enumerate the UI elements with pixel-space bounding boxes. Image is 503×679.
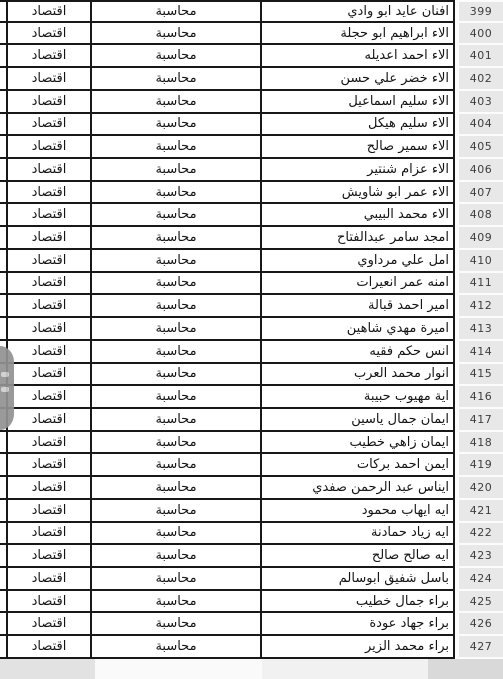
clipped-edge-cell bbox=[0, 636, 8, 659]
app-background-strip bbox=[0, 659, 503, 679]
cell-student-name[interactable]: باسل شفيق ابوسالم bbox=[262, 568, 455, 591]
cell-economics[interactable]: اقتصاد bbox=[8, 386, 92, 409]
cell-student-name[interactable]: امجد سامر عبدالفتاح bbox=[262, 227, 455, 250]
table-row: اقتصاد محاسبة ايه صالح صالح 423 bbox=[0, 545, 503, 568]
cell-accounting[interactable]: محاسبة bbox=[92, 23, 262, 46]
cell-economics[interactable]: اقتصاد bbox=[8, 273, 92, 296]
cell-student-name[interactable]: الاء عمر ابو شاويش bbox=[262, 182, 455, 205]
cell-accounting[interactable]: محاسبة bbox=[92, 454, 262, 477]
cell-accounting[interactable]: محاسبة bbox=[92, 636, 262, 659]
clipped-edge-cell bbox=[0, 477, 8, 500]
cell-student-name[interactable]: ايناس عبد الرحمن صفدي bbox=[262, 477, 455, 500]
cell-economics[interactable]: اقتصاد bbox=[8, 636, 92, 659]
cell-student-name[interactable]: امير احمد قبالة bbox=[262, 295, 455, 318]
cell-economics[interactable]: اقتصاد bbox=[8, 250, 92, 273]
row-number-header[interactable]: 401 bbox=[459, 45, 503, 68]
table-row: اقتصاد محاسبة الاء محمد البيبي 408 bbox=[0, 204, 503, 227]
cell-accounting[interactable]: محاسبة bbox=[92, 0, 262, 23]
row-number-header[interactable]: 420 bbox=[459, 477, 503, 500]
cell-student-name[interactable]: ايه صالح صالح bbox=[262, 545, 455, 568]
cell-student-name[interactable]: الاء سمير صالح bbox=[262, 136, 455, 159]
clipped-edge-cell bbox=[0, 500, 8, 523]
row-number-header[interactable]: 421 bbox=[459, 500, 503, 523]
row-number-header[interactable]: 405 bbox=[459, 136, 503, 159]
cell-accounting[interactable]: محاسبة bbox=[92, 341, 262, 364]
row-number-header[interactable]: 406 bbox=[459, 159, 503, 182]
cell-economics[interactable]: اقتصاد bbox=[8, 0, 92, 23]
cell-economics[interactable]: اقتصاد bbox=[8, 409, 92, 432]
grip-dash-icon bbox=[1, 372, 9, 377]
clipped-edge-cell bbox=[0, 23, 8, 46]
clipped-edge-cell bbox=[0, 545, 8, 568]
row-number-header[interactable]: 426 bbox=[459, 613, 503, 636]
cell-economics[interactable]: اقتصاد bbox=[8, 568, 92, 591]
cell-economics[interactable]: اقتصاد bbox=[8, 591, 92, 614]
clipped-edge-cell bbox=[0, 568, 8, 591]
cell-economics[interactable]: اقتصاد bbox=[8, 500, 92, 523]
cell-economics[interactable]: اقتصاد bbox=[8, 68, 92, 91]
row-number-header[interactable]: 425 bbox=[459, 591, 503, 614]
cell-student-name[interactable]: انس حكم فقيه bbox=[262, 341, 455, 364]
cell-economics[interactable]: اقتصاد bbox=[8, 545, 92, 568]
cell-student-name[interactable]: ايه زياد حمادنة bbox=[262, 523, 455, 546]
row-number-header[interactable]: 418 bbox=[459, 432, 503, 455]
spreadsheet-view: اقتصاد محاسبة افنان عايد ابو وادي 399 اق… bbox=[0, 0, 503, 679]
grip-dash-icon bbox=[1, 387, 9, 392]
cell-economics[interactable]: اقتصاد bbox=[8, 45, 92, 68]
table-row: اقتصاد محاسبة الاء سليم اسماعيل 403 bbox=[0, 91, 503, 114]
cell-accounting[interactable]: محاسبة bbox=[92, 114, 262, 137]
table-row: اقتصاد محاسبة الاء سليم هيكل 404 bbox=[0, 114, 503, 137]
clipped-edge-cell bbox=[0, 91, 8, 114]
strip-segment bbox=[428, 659, 503, 679]
table-row: اقتصاد محاسبة افنان عايد ابو وادي 399 bbox=[0, 0, 503, 23]
cell-economics[interactable]: اقتصاد bbox=[8, 204, 92, 227]
cell-economics[interactable]: اقتصاد bbox=[8, 523, 92, 546]
cell-accounting[interactable]: محاسبة bbox=[92, 91, 262, 114]
table-row: اقتصاد محاسبة ايه زياد حمادنة 422 bbox=[0, 523, 503, 546]
cell-economics[interactable]: اقتصاد bbox=[8, 318, 92, 341]
row-number-header[interactable]: 419 bbox=[459, 454, 503, 477]
row-number-header[interactable]: 399 bbox=[459, 0, 503, 23]
strip-segment bbox=[95, 659, 262, 679]
table-row: اقتصاد محاسبة ايمن احمد بركات 419 bbox=[0, 454, 503, 477]
cell-accounting[interactable]: محاسبة bbox=[92, 68, 262, 91]
row-number-header[interactable]: 416 bbox=[459, 386, 503, 409]
clipped-edge-cell bbox=[0, 227, 8, 250]
cell-student-name[interactable]: الاء محمد البيبي bbox=[262, 204, 455, 227]
table-row: اقتصاد محاسبة ايمان جمال ياسين 417 bbox=[0, 409, 503, 432]
cell-student-name[interactable]: براء جمال خطيب bbox=[262, 591, 455, 614]
cell-economics[interactable]: اقتصاد bbox=[8, 477, 92, 500]
cell-student-name[interactable]: انوار محمد العرب bbox=[262, 364, 455, 387]
cell-economics[interactable]: اقتصاد bbox=[8, 159, 92, 182]
table-row: اقتصاد محاسبة امجد سامر عبدالفتاح 409 bbox=[0, 227, 503, 250]
cell-economics[interactable]: اقتصاد bbox=[8, 613, 92, 636]
clipped-edge-cell bbox=[0, 0, 8, 23]
cell-accounting[interactable]: محاسبة bbox=[92, 432, 262, 455]
cell-economics[interactable]: اقتصاد bbox=[8, 91, 92, 114]
row-number-header[interactable]: 407 bbox=[459, 182, 503, 205]
table-row: اقتصاد محاسبة براء جمال خطيب 425 bbox=[0, 591, 503, 614]
row-number-header[interactable]: 408 bbox=[459, 204, 503, 227]
cell-student-name[interactable]: اميرة مهدي شاهين bbox=[262, 318, 455, 341]
row-number-header[interactable]: 414 bbox=[459, 341, 503, 364]
cell-student-name[interactable]: ايمان جمال ياسين bbox=[262, 409, 455, 432]
table-row: اقتصاد محاسبة ايه ايهاب محمود 421 bbox=[0, 500, 503, 523]
clipped-edge-cell bbox=[0, 114, 8, 137]
cell-student-name[interactable]: امل علي مرداوي bbox=[262, 250, 455, 273]
cell-student-name[interactable]: الاء خضر علي حسن bbox=[262, 68, 455, 91]
cell-accounting[interactable]: محاسبة bbox=[92, 500, 262, 523]
table-row: اقتصاد محاسبة ايناس عبد الرحمن صفدي 420 bbox=[0, 477, 503, 500]
clipped-edge-cell bbox=[0, 204, 8, 227]
table-row: اقتصاد محاسبة امنه عمر انعيرات 411 bbox=[0, 273, 503, 296]
cell-accounting[interactable]: محاسبة bbox=[92, 364, 262, 387]
table-row: اقتصاد محاسبة امير احمد قبالة 412 bbox=[0, 295, 503, 318]
cell-accounting[interactable]: محاسبة bbox=[92, 409, 262, 432]
cell-economics[interactable]: اقتصاد bbox=[8, 114, 92, 137]
row-number-header[interactable]: 413 bbox=[459, 318, 503, 341]
row-number-header[interactable]: 409 bbox=[459, 227, 503, 250]
cell-accounting[interactable]: محاسبة bbox=[92, 45, 262, 68]
row-number-header[interactable]: 422 bbox=[459, 523, 503, 546]
cell-accounting[interactable]: محاسبة bbox=[92, 159, 262, 182]
cell-accounting[interactable]: محاسبة bbox=[92, 613, 262, 636]
cell-accounting[interactable]: محاسبة bbox=[92, 545, 262, 568]
cell-student-name[interactable]: الاء عزام شنتير bbox=[262, 159, 455, 182]
cell-student-name[interactable]: براء محمد الزير bbox=[262, 636, 455, 659]
clipped-edge-cell bbox=[0, 273, 8, 296]
clipped-edge-cell bbox=[0, 613, 8, 636]
clipped-edge-cell bbox=[0, 136, 8, 159]
cell-student-name[interactable]: الاء ابراهيم ابو حجلة bbox=[262, 23, 455, 46]
table-row: اقتصاد محاسبة الاء سمير صالح 405 bbox=[0, 136, 503, 159]
clipped-edge-cell bbox=[0, 250, 8, 273]
cell-accounting[interactable]: محاسبة bbox=[92, 568, 262, 591]
row-number-header[interactable]: 411 bbox=[459, 273, 503, 296]
table-row: اقتصاد محاسبة الاء احمد اعديله 401 bbox=[0, 45, 503, 68]
cell-student-name[interactable]: ايه ايهاب محمود bbox=[262, 500, 455, 523]
cell-economics[interactable]: اقتصاد bbox=[8, 136, 92, 159]
cell-accounting[interactable]: محاسبة bbox=[92, 318, 262, 341]
cell-economics[interactable]: اقتصاد bbox=[8, 295, 92, 318]
cell-accounting[interactable]: محاسبة bbox=[92, 136, 262, 159]
cell-student-name[interactable]: افنان عايد ابو وادي bbox=[262, 0, 455, 23]
table-row: اقتصاد محاسبة الاء ابراهيم ابو حجلة 400 bbox=[0, 23, 503, 46]
row-number-header[interactable]: 400 bbox=[459, 23, 503, 46]
cell-accounting[interactable]: محاسبة bbox=[92, 523, 262, 546]
row-number-header[interactable]: 424 bbox=[459, 568, 503, 591]
table-row: اقتصاد محاسبة اميرة مهدي شاهين 413 bbox=[0, 318, 503, 341]
row-number-header[interactable]: 412 bbox=[459, 295, 503, 318]
cell-accounting[interactable]: محاسبة bbox=[92, 591, 262, 614]
cell-economics[interactable]: اقتصاد bbox=[8, 23, 92, 46]
cell-student-name[interactable]: الاء سليم اسماعيل bbox=[262, 91, 455, 114]
cell-student-name[interactable]: ايمن احمد بركات bbox=[262, 454, 455, 477]
table-row: اقتصاد محاسبة امل علي مرداوي 410 bbox=[0, 250, 503, 273]
cell-economics[interactable]: اقتصاد bbox=[8, 364, 92, 387]
cell-student-name[interactable]: اية مهيوب حبيبة bbox=[262, 386, 455, 409]
cell-student-name[interactable]: ايمان زاهي خطيب bbox=[262, 432, 455, 455]
table-row: اقتصاد محاسبة اية مهيوب حبيبة 416 bbox=[0, 386, 503, 409]
table-row: اقتصاد محاسبة باسل شفيق ابوسالم 424 bbox=[0, 568, 503, 591]
cell-economics[interactable]: اقتصاد bbox=[8, 182, 92, 205]
cell-student-name[interactable]: براء جهاد عودة bbox=[262, 613, 455, 636]
clipped-edge-cell bbox=[0, 591, 8, 614]
cell-economics[interactable]: اقتصاد bbox=[8, 341, 92, 364]
clipped-edge-cell bbox=[0, 454, 8, 477]
cell-accounting[interactable]: محاسبة bbox=[92, 386, 262, 409]
cell-accounting[interactable]: محاسبة bbox=[92, 273, 262, 296]
table-rows-container: اقتصاد محاسبة افنان عايد ابو وادي 399 اق… bbox=[0, 0, 503, 659]
row-number-header[interactable]: 415 bbox=[459, 364, 503, 387]
row-number-header[interactable]: 410 bbox=[459, 250, 503, 273]
cell-accounting[interactable]: محاسبة bbox=[92, 227, 262, 250]
cell-accounting[interactable]: محاسبة bbox=[92, 250, 262, 273]
cell-economics[interactable]: اقتصاد bbox=[8, 227, 92, 250]
edge-panel-handle[interactable] bbox=[0, 346, 14, 430]
table-row: اقتصاد محاسبة انوار محمد العرب 415 bbox=[0, 364, 503, 387]
row-number-header[interactable]: 423 bbox=[459, 545, 503, 568]
row-number-header[interactable]: 417 bbox=[459, 409, 503, 432]
cell-accounting[interactable]: محاسبة bbox=[92, 204, 262, 227]
row-number-header[interactable]: 403 bbox=[459, 91, 503, 114]
cell-economics[interactable]: اقتصاد bbox=[8, 454, 92, 477]
cell-economics[interactable]: اقتصاد bbox=[8, 432, 92, 455]
clipped-edge-cell bbox=[0, 295, 8, 318]
cell-student-name[interactable]: امنه عمر انعيرات bbox=[262, 273, 455, 296]
clipped-edge-cell bbox=[0, 159, 8, 182]
clipped-edge-cell bbox=[0, 318, 8, 341]
strip-segment bbox=[0, 659, 95, 679]
clipped-edge-cell bbox=[0, 182, 8, 205]
clipped-edge-cell bbox=[0, 68, 8, 91]
table-row: اقتصاد محاسبة ايمان زاهي خطيب 418 bbox=[0, 432, 503, 455]
clipped-edge-cell bbox=[0, 45, 8, 68]
table-row: اقتصاد محاسبة الاء عزام شنتير 406 bbox=[0, 159, 503, 182]
clipped-edge-cell bbox=[0, 432, 8, 455]
cell-accounting[interactable]: محاسبة bbox=[92, 295, 262, 318]
row-number-header[interactable]: 427 bbox=[459, 636, 503, 659]
table-row: اقتصاد محاسبة الاء خضر علي حسن 402 bbox=[0, 68, 503, 91]
cell-accounting[interactable]: محاسبة bbox=[92, 182, 262, 205]
table-row: اقتصاد محاسبة براء جهاد عودة 426 bbox=[0, 613, 503, 636]
clipped-edge-cell bbox=[0, 523, 8, 546]
table-row: اقتصاد محاسبة الاء عمر ابو شاويش 407 bbox=[0, 182, 503, 205]
row-number-header[interactable]: 402 bbox=[459, 68, 503, 91]
cell-accounting[interactable]: محاسبة bbox=[92, 477, 262, 500]
table-row: اقتصاد محاسبة انس حكم فقيه 414 bbox=[0, 341, 503, 364]
strip-segment bbox=[262, 659, 428, 679]
cell-student-name[interactable]: الاء سليم هيكل bbox=[262, 114, 455, 137]
table-row: اقتصاد محاسبة براء محمد الزير 427 bbox=[0, 636, 503, 659]
cell-student-name[interactable]: الاء احمد اعديله bbox=[262, 45, 455, 68]
row-number-header[interactable]: 404 bbox=[459, 114, 503, 137]
